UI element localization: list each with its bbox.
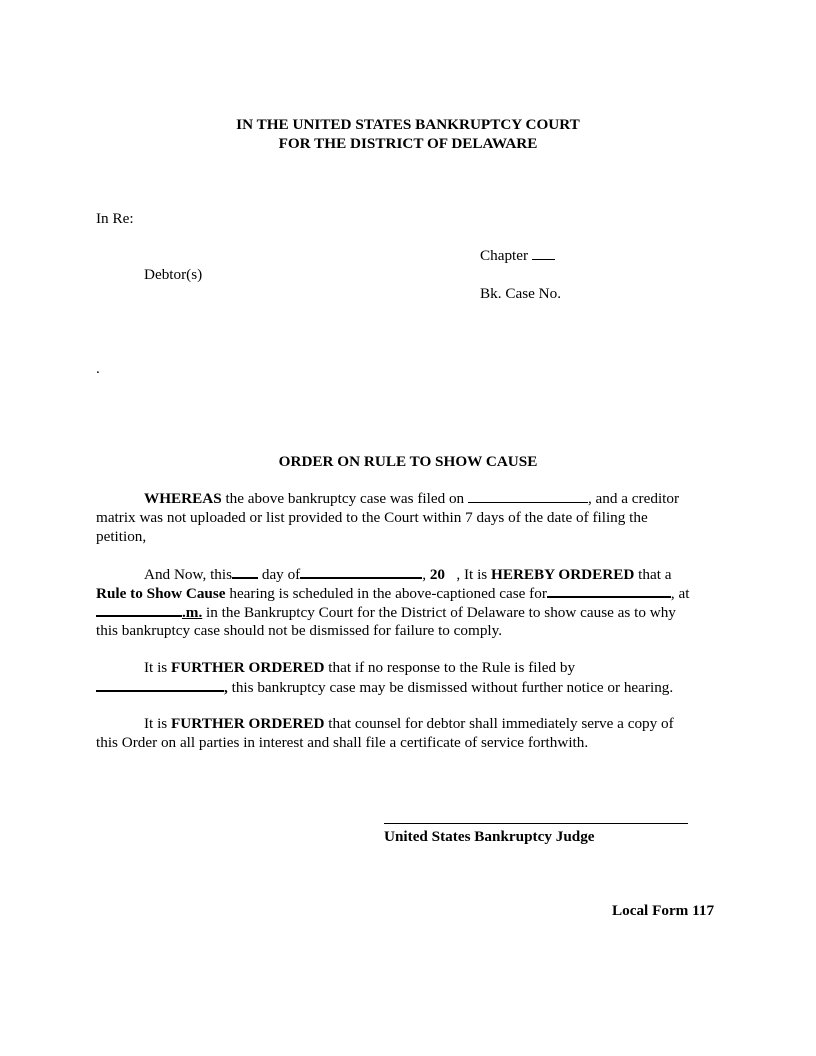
- month-blank[interactable]: [300, 564, 422, 579]
- that-a-text: that a: [634, 566, 671, 583]
- whereas-text: the above bankruptcy case was filed on: [222, 490, 468, 507]
- am-pm-suffix: .m.: [182, 604, 202, 621]
- hearing-date-blank[interactable]: [547, 583, 671, 598]
- in-re-label: In Re:: [96, 209, 134, 228]
- year-prefix: 20: [430, 566, 445, 583]
- it-is-text: , It is: [445, 566, 491, 583]
- whereas-text-2: , and a creditor: [588, 490, 679, 507]
- response-date-blank[interactable]: [96, 677, 224, 692]
- it-is-text: It is: [144, 659, 171, 676]
- day-blank[interactable]: [232, 564, 258, 579]
- judge-label: United States Bankruptcy Judge: [384, 827, 595, 846]
- further1-line-2: this bankruptcy case may be dismissed wi…: [228, 679, 673, 696]
- chapter-label: Chapter: [480, 247, 528, 264]
- day-of-text: day of: [258, 566, 300, 583]
- local-form-label: Local Form 117: [612, 901, 714, 920]
- whereas-line-3: petition,: [96, 527, 720, 546]
- and-now-line-4: this bankruptcy case should not be dismi…: [96, 621, 720, 640]
- hearing-time-blank[interactable]: [96, 602, 182, 617]
- judge-signature-line[interactable]: [384, 823, 688, 824]
- case-no-label: Bk. Case No.: [480, 284, 561, 303]
- stray-dot: .: [96, 359, 100, 378]
- at-text: , at: [671, 585, 690, 602]
- further-ordered: FURTHER ORDERED: [171, 715, 324, 732]
- court-district: FOR THE DISTRICT OF DELAWARE: [0, 134, 816, 153]
- whereas-paragraph: WHEREAS the above bankruptcy case was fi…: [96, 489, 720, 546]
- whereas-lead: WHEREAS: [144, 490, 222, 507]
- filed-date-blank[interactable]: [468, 489, 588, 503]
- further-ordered: FURTHER ORDERED: [171, 659, 324, 676]
- court-name: IN THE UNITED STATES BANKRUPTCY COURT: [0, 115, 816, 134]
- debtor-label: Debtor(s): [144, 265, 202, 284]
- comma-text: ,: [422, 566, 430, 583]
- chapter-field: Chapter: [480, 246, 555, 265]
- it-is-text: It is: [144, 715, 171, 732]
- further2-line-2: this Order on all parties in interest an…: [96, 733, 720, 752]
- hearing-text: hearing is scheduled in the above-captio…: [226, 585, 547, 602]
- further2-text: that counsel for debtor shall immediatel…: [324, 715, 673, 732]
- whereas-line-2: matrix was not uploaded or list provided…: [96, 508, 720, 527]
- chapter-blank[interactable]: [532, 246, 555, 260]
- further-ordered-paragraph-1: It is FURTHER ORDERED that if no respons…: [96, 658, 720, 696]
- and-now-text: And Now, this: [144, 566, 232, 583]
- and-now-paragraph: And Now, this day of, 20 , It is HEREBY …: [96, 564, 720, 640]
- rule-to-show-cause: Rule to Show Cause: [96, 585, 226, 602]
- court-location-text: in the Bankruptcy Court for the District…: [202, 604, 676, 621]
- hereby-ordered: HEREBY ORDERED: [491, 566, 634, 583]
- order-title: ORDER ON RULE TO SHOW CAUSE: [0, 452, 816, 471]
- further1-text: that if no response to the Rule is filed…: [324, 659, 575, 676]
- further-ordered-paragraph-2: It is FURTHER ORDERED that counsel for d…: [96, 714, 720, 752]
